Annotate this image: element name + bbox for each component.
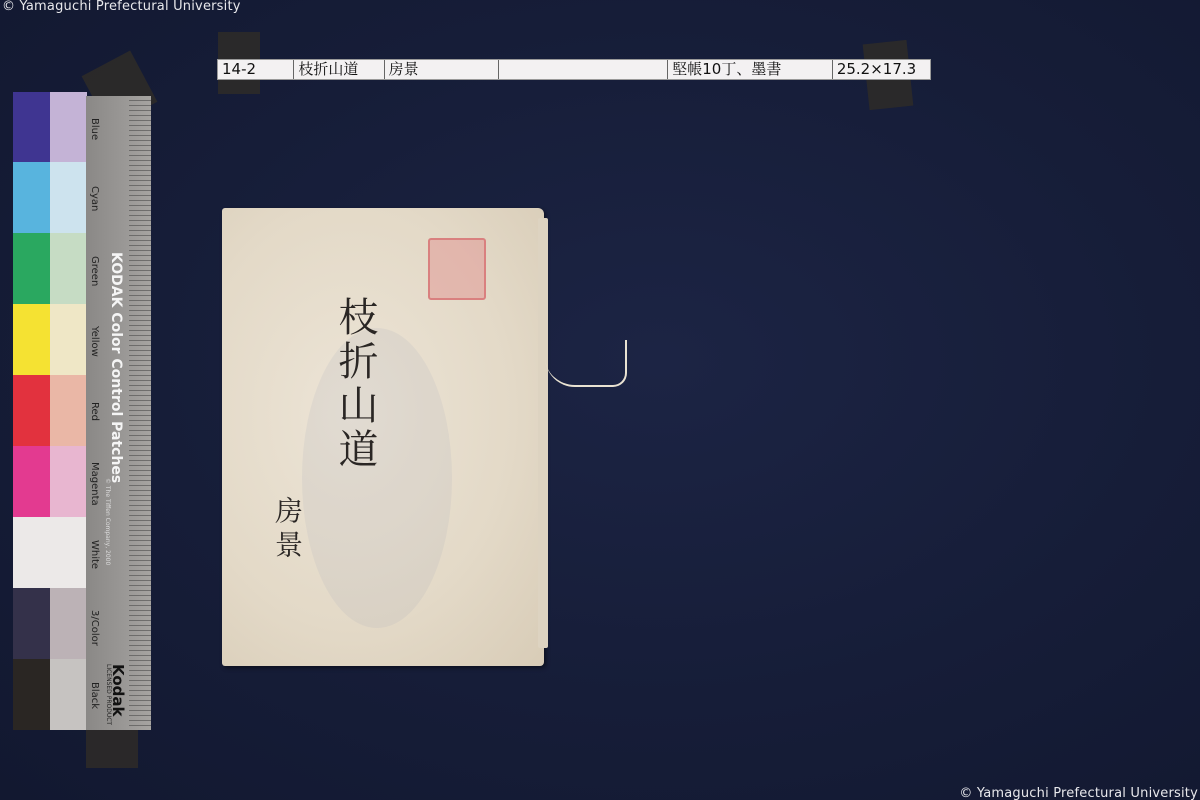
watermark-bottom-right: © Yamaguchi Prefectural University (959, 786, 1198, 800)
patch-label-cyan: Cyan (89, 186, 100, 211)
patch-label-black: Black (89, 682, 100, 709)
patch-yellow-light (50, 304, 87, 375)
document-author: 房景 (267, 496, 307, 564)
patch-cyan-dark (13, 162, 50, 233)
label-format: 堅帳10丁、墨書 (668, 60, 833, 79)
label-dimensions: 25.2×17.3 (833, 60, 930, 79)
patch-green-dark (13, 233, 50, 304)
binding-string (545, 340, 627, 387)
patch-magenta-light (50, 446, 87, 517)
patch-magenta-dark (13, 446, 50, 517)
label-empty (499, 60, 669, 79)
patch-blue-dark (13, 92, 50, 162)
patch-white (13, 517, 87, 588)
book-page-edges (538, 218, 548, 648)
old-document-booklet: 枝折山道 房景 (222, 208, 544, 666)
patch-cyan-light (50, 162, 87, 233)
label-title: 枝折山道 (294, 60, 384, 79)
kodak-brand-text: KODAK Color Control Patches (108, 252, 124, 483)
patch-yellow-dark (13, 304, 50, 375)
red-seal-stamp (428, 238, 486, 300)
patch-3color-light (50, 588, 87, 659)
label-author: 房景 (385, 60, 499, 79)
patch-label-3color: 3/Color (89, 610, 100, 646)
patch-label-red: Red (89, 402, 100, 421)
patch-label-green: Green (89, 256, 100, 286)
label-id: 14-2 (218, 60, 294, 79)
patch-red-dark (13, 375, 50, 446)
patch-blue-light (50, 92, 87, 162)
ruler-ticks (129, 96, 151, 730)
patch-label-blue: Blue (89, 118, 100, 140)
patch-3color-dark (13, 588, 50, 659)
color-control-patches (13, 92, 87, 730)
patch-label-yellow: Yellow (89, 326, 100, 357)
patch-black-dark (13, 659, 50, 730)
watermark-top-left: © Yamaguchi Prefectural University (2, 0, 241, 14)
catalog-label: 14-2 枝折山道 房景 堅帳10丁、墨書 25.2×17.3 (217, 59, 931, 80)
patch-red-light (50, 375, 87, 446)
patch-label-magenta: Magenta (89, 462, 100, 506)
patch-black-light (50, 659, 87, 730)
patch-green-light (50, 233, 87, 304)
kodak-copyright: © The Tiffen Company, 2000 (104, 478, 111, 565)
kodak-logo-sub: LICENSED PRODUCT (105, 664, 112, 725)
patch-label-white: White (89, 540, 100, 569)
document-title: 枝折山道 (327, 296, 384, 472)
